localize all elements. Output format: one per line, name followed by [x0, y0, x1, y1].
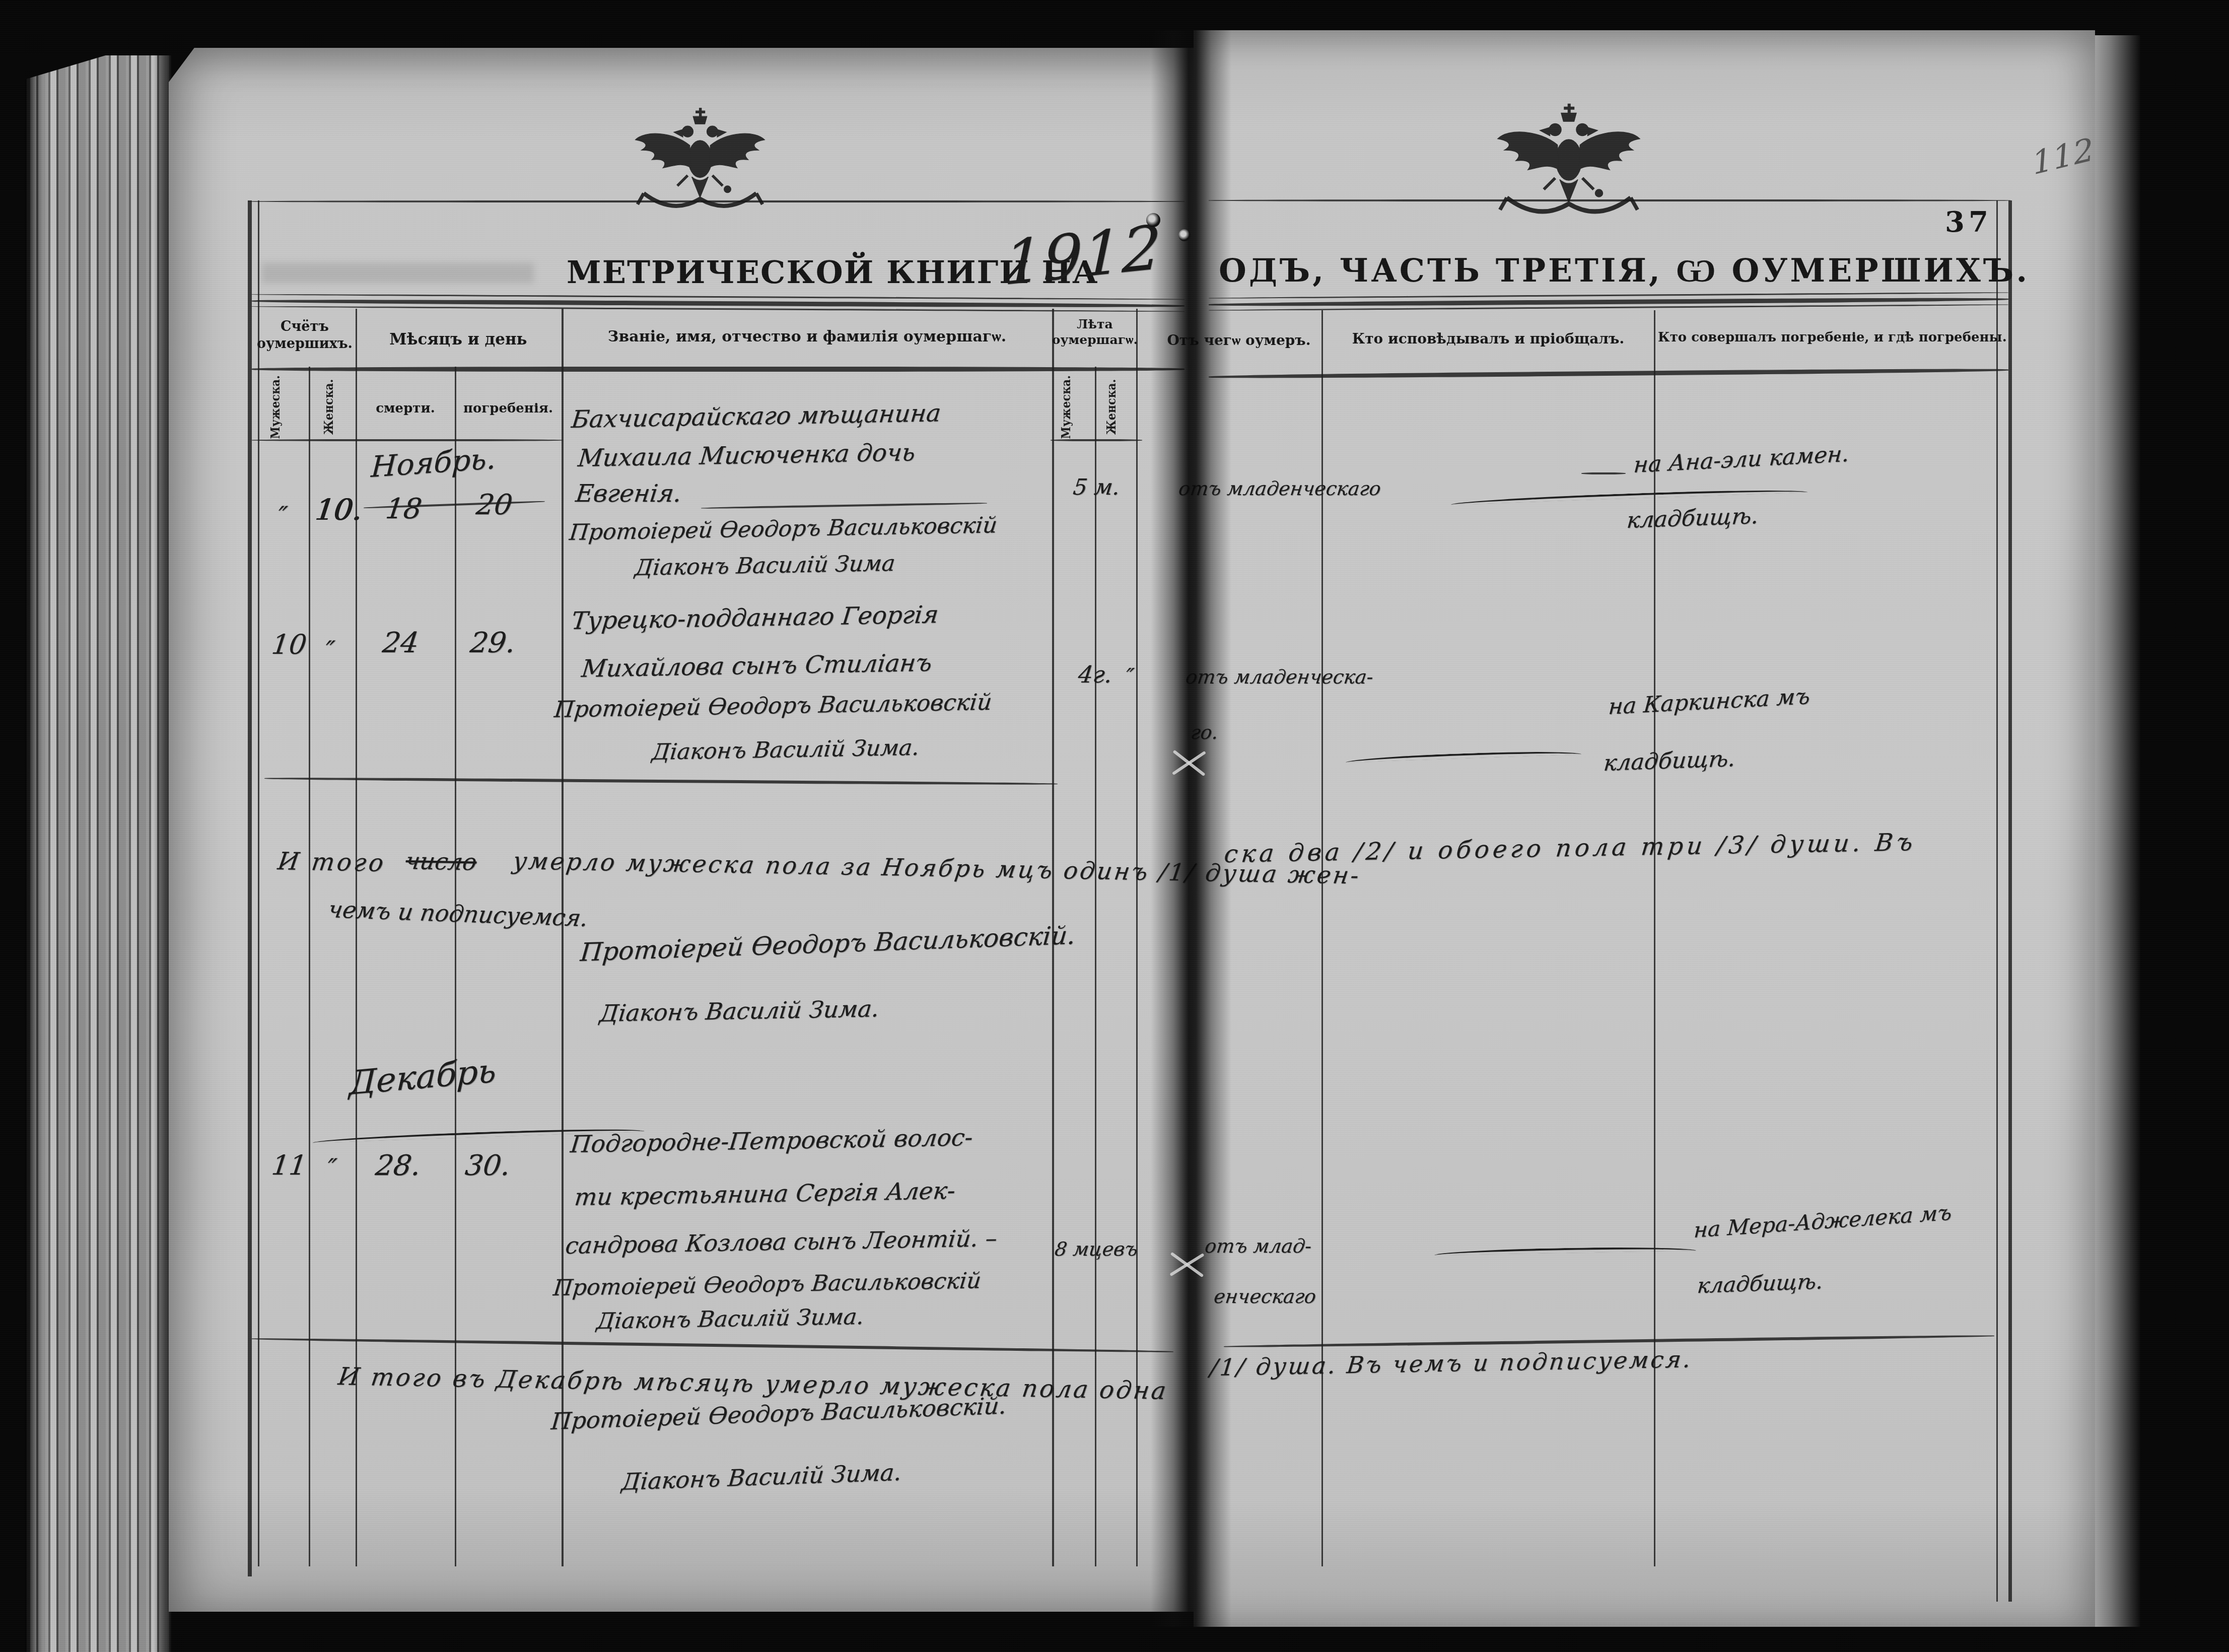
right-page-frame-border-inner [1996, 200, 1998, 1602]
row1-burial-day: 20 [474, 489, 514, 521]
row3-clergy-line: Діаконъ Василій Зима. [595, 1304, 865, 1334]
col-subheader-age-female: Женска. [1104, 372, 1119, 442]
book-gutter-shadow [1151, 30, 1231, 1627]
row1-name-line: Михаила Мисюченка дочь [577, 438, 917, 472]
metrical-book-scan: МЕТРИЧЕСКОЙ КНИГИ НА 1912 ОДЪ, ЧАСТЬ ТРЕ… [0, 0, 2229, 1652]
row1-age: 5 м. [1072, 474, 1122, 500]
row3-death-day: 28. [374, 1149, 423, 1182]
nov-summary-struck-word: число [404, 847, 478, 875]
left-page-frame-border [248, 200, 252, 1576]
binding-hole [1178, 229, 1191, 241]
col-subheader-count-female: Женска. [321, 372, 336, 442]
table-column-line [309, 367, 310, 1566]
nov-summary-intro: И того [276, 847, 388, 877]
row2-burial-place: кладбищѣ. [1603, 746, 1736, 776]
col-header-officiant: Кто совершалъ погребеніе, и гдѣ погребен… [1658, 329, 1995, 346]
col-subheader-age-male: Мужеска. [1059, 372, 1073, 442]
row2-age-male: 4г. [1077, 661, 1114, 688]
row1-clergy-line: Діаконъ Василій Зима [634, 550, 896, 581]
book-page-edges [25, 55, 171, 1652]
col-header-month-day: Мѣсяцъ и день [358, 330, 559, 350]
printed-page-number: 37 [1945, 204, 1992, 240]
col-subheader-burial: погребенія. [456, 400, 561, 417]
row2-clergy-line: Діаконъ Василій Зима. [651, 735, 921, 765]
row2-death-day: 24 [381, 627, 421, 659]
row3-count-male: 11 [270, 1149, 308, 1181]
col-header-confessor: Кто исповѣдывалъ и пріобщалъ. [1325, 330, 1652, 348]
row1-death-day: 18 [384, 493, 424, 525]
nov-summary-clergy: Діаконъ Василій Зима. [598, 995, 880, 1027]
header-bottom-rule-left [252, 367, 1185, 372]
row3-age: 8 мцевъ [1054, 1238, 1139, 1260]
row2-burial-day: 29. [468, 627, 517, 659]
blank-filler-dash [1581, 472, 1626, 474]
row2-count-male: 10 [270, 629, 308, 660]
imperial-eagle-stamp-right [1486, 98, 1652, 229]
binding-hole [1146, 213, 1160, 227]
col-header-age: Лѣта оумершагѡ. [1052, 316, 1138, 348]
col-subheader-count-male: Мужеска. [268, 372, 283, 442]
row1-count-female: 10. [313, 493, 364, 527]
subheader-bottom-rule [252, 439, 563, 441]
row1-name-line: Евгенія. [574, 479, 683, 508]
right-page-frame-border-outer [2008, 200, 2012, 1602]
col-subheader-death: смерти. [358, 400, 453, 417]
col-header-name: Званіе, имя, отчество и фамилія оумершаг… [564, 327, 1050, 347]
imperial-eagle-stamp-left [624, 101, 776, 224]
ink-ghost-smudge [262, 263, 534, 283]
row3-burial-day: 30. [463, 1149, 512, 1182]
row1-burial-place: кладбищѣ. [1626, 503, 1760, 533]
right-page-rough-edge [2095, 35, 2140, 1627]
title-right: ОДЪ, ЧАСТЬ ТРЕТІЯ, Ѡ ОУМЕРШИХЪ. [1219, 251, 2030, 291]
row3-burial-place: кладбищѣ. [1696, 1269, 1824, 1298]
col-header-count: Счётъ оумершихъ. [254, 318, 355, 353]
left-page-frame-inner-line [258, 200, 259, 1566]
table-column-line [1654, 310, 1655, 1566]
